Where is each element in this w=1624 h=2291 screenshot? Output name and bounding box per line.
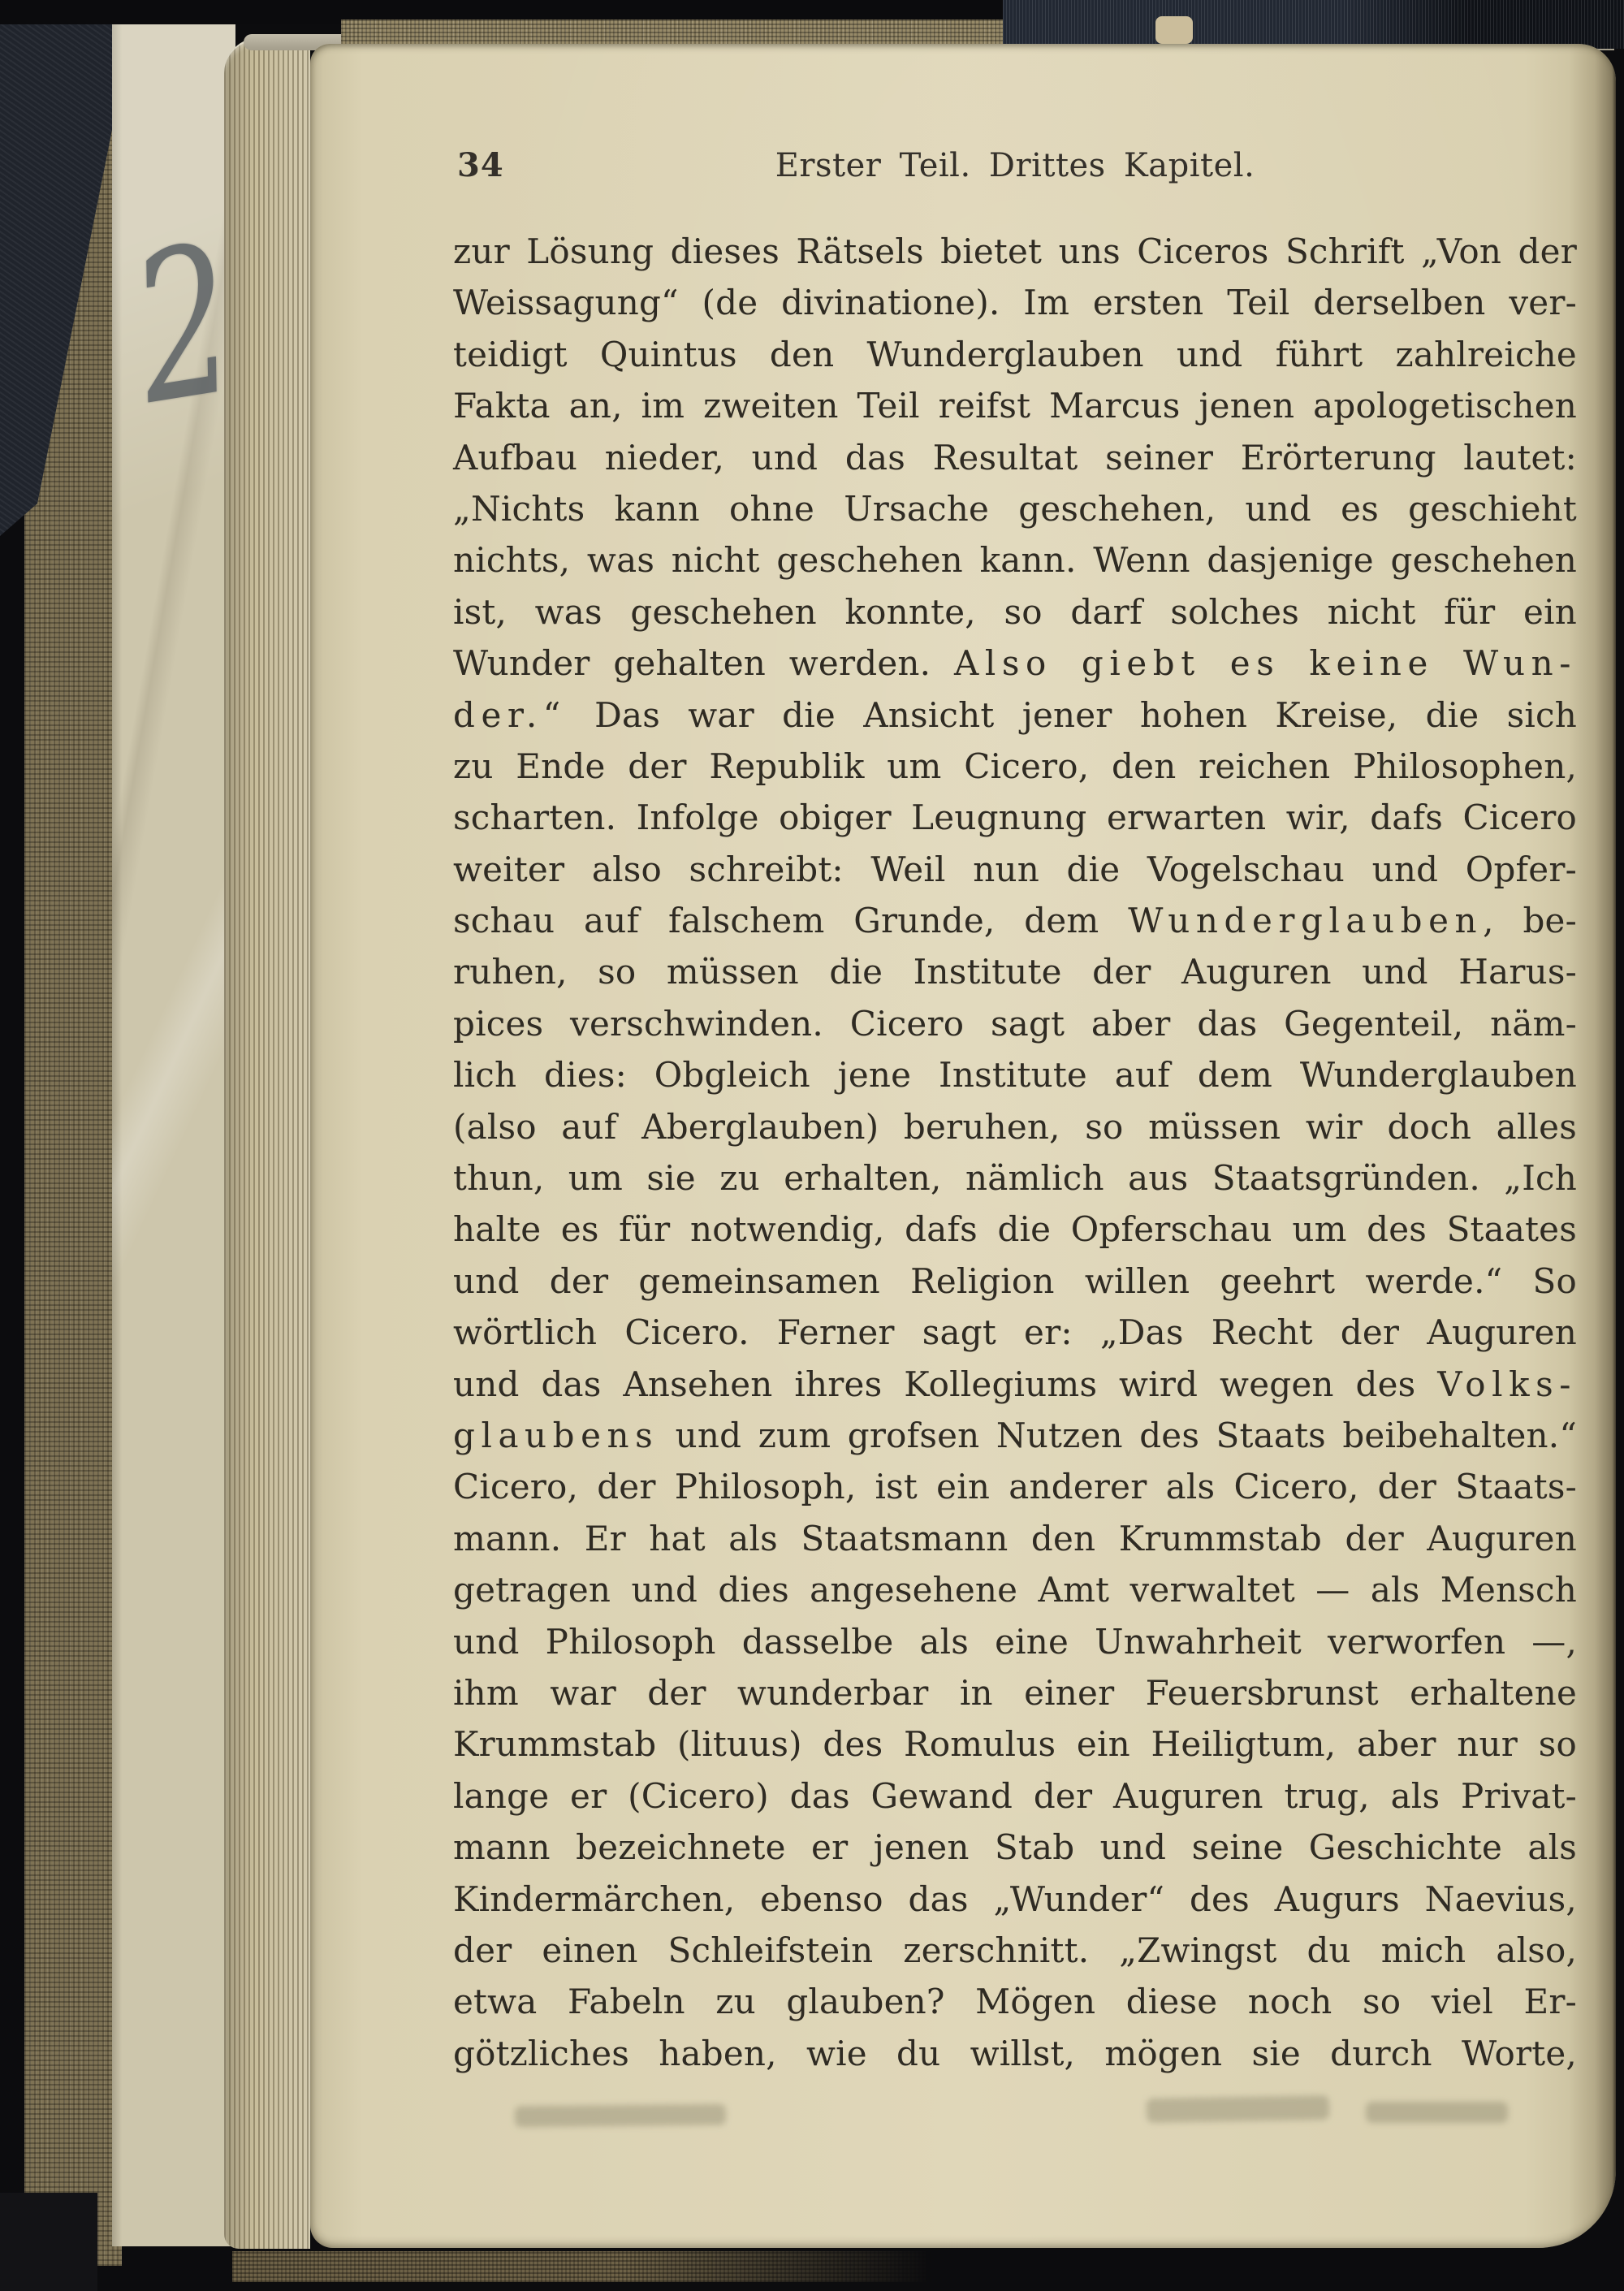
book-cover-bottom (0, 2193, 97, 2291)
text-run: der einen Schleifstein zerschnitt. „Zwin… (453, 1930, 1577, 1970)
running-title: Erster Teil. Drittes Kapitel. (453, 146, 1577, 185)
book-scan: 2 34 Erster Teil. Drittes Kapitel. zur L… (0, 0, 1624, 2291)
text-run: nichts, was nicht geschehen kann. Wenn d… (453, 540, 1577, 580)
text-line: lange er (Cicero) das Gewand der Auguren… (453, 1770, 1577, 1822)
text-run: wörtlich Cicero. Ferner sagt er: „Das Re… (453, 1312, 1577, 1352)
text-line: nichts, was nicht geschehen kann. Wenn d… (453, 534, 1577, 586)
text-run: Wunder gehalten werden. (453, 643, 954, 683)
text-run: etwa Fabeln zu glauben? Mögen diese noch… (453, 1982, 1577, 2021)
headband-burlap-cloth (341, 19, 1015, 45)
text-line: ist, was geschehen konnte, so darf solch… (453, 586, 1577, 638)
text-line: schau auf falschem Grunde, dem Wundergla… (453, 895, 1577, 946)
text-run: und das Ansehen ihres Kollegiums wird we… (453, 1364, 1437, 1404)
text-line: Weissagung“ (de divinatione). Im ersten … (453, 277, 1577, 328)
text-line: und Philosoph dasselbe als eine Unwahrhe… (453, 1616, 1577, 1667)
text-run-spaced: Volks- (1437, 1364, 1577, 1404)
text-line: lich dies: Obgleich jene Institute auf d… (453, 1049, 1577, 1100)
text-run: thun, um sie zu erhalten, nämlich aus St… (453, 1158, 1577, 1198)
text-run-spaced: Also giebt es keine Wun- (954, 643, 1577, 683)
text-run: getragen und dies angesehene Amt verwalt… (453, 1570, 1577, 1610)
text-run: und zum grofsen Nutzen des Staats beibeh… (659, 1416, 1577, 1455)
text-run: schau auf falschem Grunde, dem (453, 901, 1128, 940)
text-run: zur Lösung dieses Rätsels bietet uns Cic… (453, 231, 1577, 271)
text-line: zu Ende der Republik um Cicero, den reic… (453, 741, 1577, 792)
text-run: Weissagung“ (de divinatione). Im ersten … (453, 283, 1577, 322)
text-line: scharten. Infolge obiger Leugnung erwart… (453, 792, 1577, 843)
text-line: zur Lösung dieses Rätsels bietet uns Cic… (453, 226, 1577, 277)
text-run: götzliches haben, wie du willst, mögen s… (453, 2034, 1577, 2073)
text-block: zur Lösung dieses Rätsels bietet uns Cic… (453, 226, 1577, 2079)
text-line: halte es für notwendig, dafs die Opfersc… (453, 1204, 1577, 1255)
text-run-spaced: Wunderglauben (1128, 901, 1483, 940)
text-run: (also auf Aberglauben) beruhen, so müsse… (453, 1107, 1577, 1147)
text-run: teidigt Quintus den Wunderglauben und fü… (453, 335, 1577, 374)
text-line: „Nichts kann ohne Ursache geschehen, und… (453, 483, 1577, 534)
text-line: der einen Schleifstein zerschnitt. „Zwin… (453, 1925, 1577, 1976)
text-run: lange er (Cicero) das Gewand der Auguren… (453, 1776, 1577, 1816)
text-run: zu Ende der Republik um Cicero, den reic… (453, 746, 1577, 786)
text-run: ihm war der wunderbar in einer Feuersbru… (453, 1673, 1577, 1713)
text-line: (also auf Aberglauben) beruhen, so müsse… (453, 1101, 1577, 1152)
text-run: halte es für notwendig, dafs die Opfersc… (453, 1209, 1577, 1249)
page-fore-edge-stack (224, 37, 310, 2249)
text-run: Kindermärchen, ebenso das „Wunder“ des A… (453, 1879, 1577, 1919)
text-run: lich dies: Obgleich jene Institute auf d… (453, 1055, 1577, 1095)
text-line: Aufbau nieder, und das Resultat seiner E… (453, 432, 1577, 483)
text-line: und das Ansehen ihres Kollegiums wird we… (453, 1359, 1577, 1410)
text-line: und der gemeinsamen Religion willen geeh… (453, 1256, 1577, 1307)
show-through-ghost (1366, 2102, 1508, 2123)
text-run: mann bezeichnete er jenen Stab und seine… (453, 1827, 1577, 1867)
text-run: und der gemeinsamen Religion willen geeh… (453, 1261, 1577, 1301)
text-line: glaubens und zum grofsen Nutzen des Staa… (453, 1410, 1577, 1461)
text-run: Krummstab (lituus) des Romulus ein Heili… (453, 1724, 1577, 1764)
text-line: pices verschwinden. Cicero sagt aber das… (453, 998, 1577, 1049)
text-run: Das war die Ansicht jener hohen Kreise, … (567, 695, 1577, 735)
text-run: Cicero, der Philosoph, ist ein anderer a… (453, 1467, 1577, 1506)
page-header: 34 Erster Teil. Drittes Kapitel. (453, 146, 1577, 185)
text-run: scharten. Infolge obiger Leugnung erwart… (453, 798, 1577, 837)
text-line: mann. Er hat als Staatsmann den Krummsta… (453, 1513, 1577, 1564)
text-line: ruhen, so müssen die Institute der Augur… (453, 946, 1577, 997)
text-run: ist, was geschehen konnte, so darf solch… (453, 592, 1577, 632)
text-line: getragen und dies angesehene Amt verwalt… (453, 1564, 1577, 1615)
bottom-burlap-cloth (232, 2251, 947, 2282)
text-run: weiter also schreibt: Weil nun die Vogel… (453, 849, 1577, 889)
text-run: mann. Er hat als Staatsmann den Krummsta… (453, 1519, 1577, 1558)
text-line: Cicero, der Philosoph, ist ein anderer a… (453, 1461, 1577, 1512)
text-run: Aufbau nieder, und das Resultat seiner E… (453, 438, 1577, 478)
text-line: götzliches haben, wie du willst, mögen s… (453, 2028, 1577, 2079)
text-line: ihm war der wunderbar in einer Feuersbru… (453, 1667, 1577, 1718)
show-through-ghost (1147, 2095, 1329, 2123)
text-run: Fakta an, im zweiten Teil reifst Marcus … (453, 386, 1577, 426)
text-line: thun, um sie zu erhalten, nämlich aus St… (453, 1152, 1577, 1204)
book-page: 34 Erster Teil. Drittes Kapitel. zur Lös… (310, 44, 1616, 2248)
text-line: Wunder gehalten werden. Also giebt es ke… (453, 638, 1577, 689)
show-through-ghost (515, 2104, 726, 2128)
text-run-spaced: der.“ (453, 695, 567, 735)
text-line: mann bezeichnete er jenen Stab und seine… (453, 1822, 1577, 1873)
text-run: und Philosoph dasselbe als eine Unwahrhe… (453, 1622, 1577, 1662)
text-line: Fakta an, im zweiten Teil reifst Marcus … (453, 380, 1577, 431)
text-run: ruhen, so müssen die Institute der Augur… (453, 952, 1577, 992)
text-run: pices verschwinden. Cicero sagt aber das… (453, 1004, 1577, 1044)
text-line: Kindermärchen, ebenso das „Wunder“ des A… (453, 1874, 1577, 1925)
text-run: „Nichts kann ohne Ursache geschehen, und… (453, 489, 1577, 529)
text-run-spaced: glaubens (453, 1416, 659, 1455)
text-run: , be- (1483, 901, 1577, 940)
text-line: wörtlich Cicero. Ferner sagt er: „Das Re… (453, 1307, 1577, 1358)
text-line: Krummstab (lituus) des Romulus ein Heili… (453, 1718, 1577, 1770)
text-line: teidigt Quintus den Wunderglauben und fü… (453, 329, 1577, 380)
text-line: etwa Fabeln zu glauben? Mögen diese noch… (453, 1976, 1577, 2027)
cloth-wear-spot (1155, 16, 1193, 44)
navy-cover-cloth (1003, 0, 1624, 49)
text-line: der.“ Das war die Ansicht jener hohen Kr… (453, 689, 1577, 741)
text-line: weiter also schreibt: Weil nun die Vogel… (453, 844, 1577, 895)
